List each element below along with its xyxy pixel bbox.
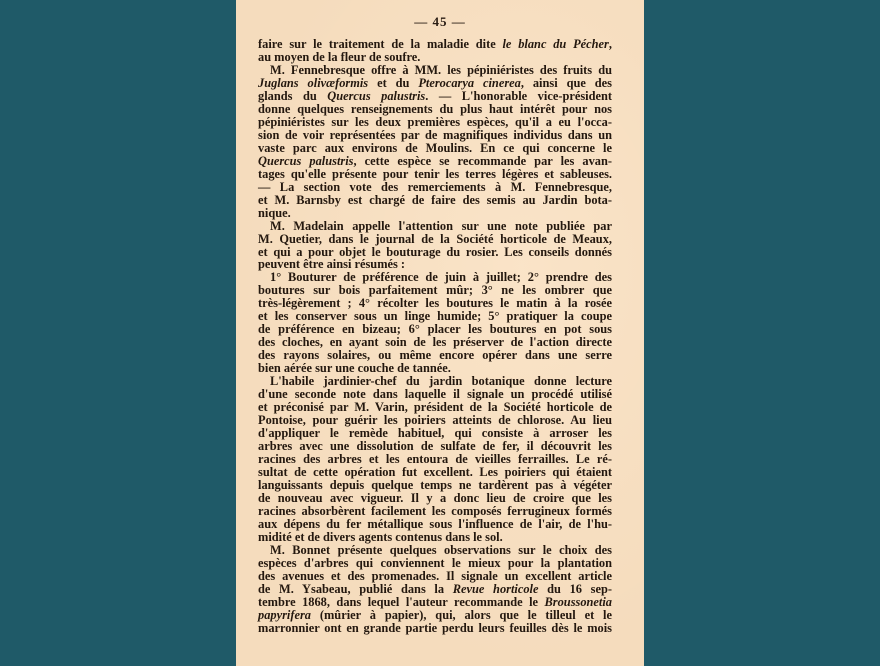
text-line: aux dépens du fer métallique sous l'infl…	[258, 518, 612, 531]
text-line: donne quelques renseignements du plus ha…	[258, 103, 612, 116]
text-line: et M. Barnsby est chargé de faire des se…	[258, 194, 612, 207]
text-line: languissants depuis quelque temps ne tar…	[258, 479, 612, 492]
scanned-page: — 45 — faire sur le traitement de la mal…	[236, 0, 644, 666]
text-line: au moyen de la fleur de soufre.	[258, 51, 612, 64]
text-line: M. Bonnet présente quelques observations…	[258, 544, 612, 557]
text-line: racines absorbèrent facilement les compo…	[258, 505, 612, 518]
text-line: des avenues et des promenades. Il signal…	[258, 570, 612, 583]
text-line: tembre 1868, dans lequel l'auteur recomm…	[258, 596, 612, 609]
text-line: nique.	[258, 207, 612, 220]
text-line: papyrifera (mûrier à papier), qui, alors…	[258, 609, 612, 622]
text-line: M. Quetier, dans le journal de la Sociét…	[258, 233, 612, 246]
text-line: midité et de divers agents contenus dans…	[258, 531, 612, 544]
text-line: sion de voir représentées par de magnifi…	[258, 129, 612, 142]
page-body-text: faire sur le traitement de la maladie di…	[258, 38, 612, 635]
text-line: pépiniéristes sur les deux premières esp…	[258, 116, 612, 129]
text-line: marronnier ont en grande partie perdu le…	[258, 622, 612, 635]
text-line: M. Madelain appelle l'attention sur une …	[258, 220, 612, 233]
text-line: tages qu'elle présente pour tenir les te…	[258, 168, 612, 181]
text-line: sultat de cette opération fut excellent.…	[258, 466, 612, 479]
text-line: — La section vote des remerciements à M.…	[258, 181, 612, 194]
text-line: de nouveau avec vigueur. Il y a donc lie…	[258, 492, 612, 505]
text-line: glands du Quercus palustris. — L'honorab…	[258, 90, 612, 103]
text-line: espèces d'arbres qui conviennent le mieu…	[258, 557, 612, 570]
text-line: Juglans olivæformis et du Pterocarya cin…	[258, 77, 612, 90]
page-number: — 45 —	[236, 14, 644, 30]
text-line: Quercus palustris, cette espèce se recom…	[258, 155, 612, 168]
